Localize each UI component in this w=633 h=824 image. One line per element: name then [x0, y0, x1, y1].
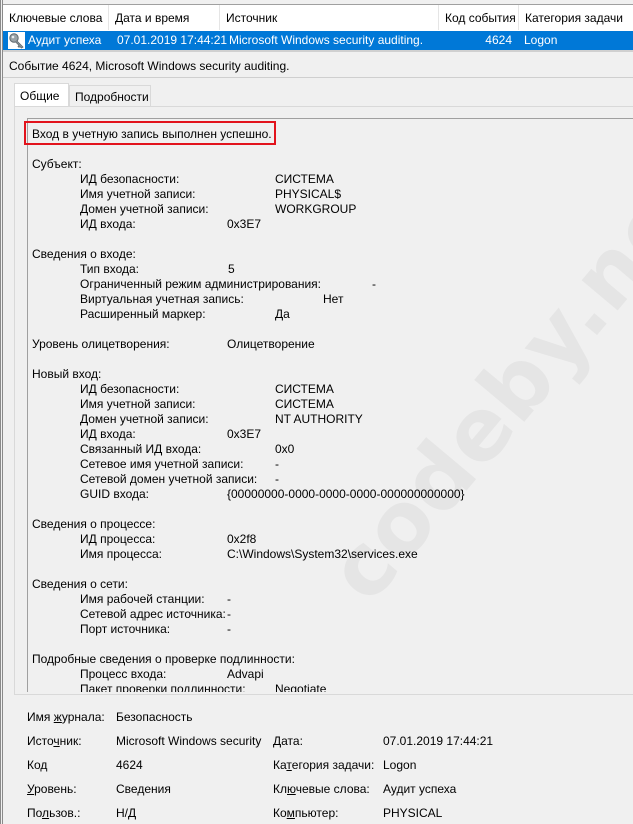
row-event-id: 4624 [439, 31, 512, 50]
section-title: Сведения о сети: [32, 577, 128, 592]
field-value: Advapi [227, 667, 264, 682]
keywords-value[interactable]: Аудит успеха [383, 781, 456, 797]
field-value: 0x3E7 [227, 217, 261, 232]
field-value: - [227, 607, 231, 622]
field-value: PHYSICAL$ [275, 187, 341, 202]
date-label: Дата: [273, 733, 303, 749]
field-row: Процесс входа:Advapi [32, 667, 592, 682]
section-title-text: Сведения о входе: [32, 247, 136, 261]
field-key: ИД входа: [80, 217, 136, 232]
field-value: 5 [228, 262, 235, 277]
field-key: ИД процесса: [80, 532, 155, 547]
table-row[interactable]: Аудит успеха 07.01.2019 17:44:21 Microso… [3, 31, 633, 50]
field-row: Сетевое имя учетной записи:- [32, 457, 592, 472]
log-name-value[interactable]: Безопасность [116, 709, 193, 725]
task-category-value[interactable]: Logon [383, 757, 416, 773]
field-value: WORKGROUP [275, 202, 356, 217]
tab-details[interactable]: Подробности [69, 85, 151, 107]
field-row: Имя учетной записи:PHYSICAL$ [32, 187, 592, 202]
field-row: Ограниченный режим администрирования:- [32, 277, 592, 292]
field-value: - [372, 277, 376, 292]
field-value: СИСТЕМА [275, 382, 334, 397]
field-value: - [275, 472, 279, 487]
field-value: 0x2f8 [227, 532, 256, 547]
field-key: Сетевой адрес источника: [80, 607, 226, 622]
field-key: GUID входа: [80, 487, 149, 502]
field-row: ИД входа:0x3E7 [32, 427, 592, 442]
field-row: GUID входа:{00000000-0000-0000-0000-0000… [32, 487, 592, 502]
field-key: Имя учетной записи: [80, 187, 195, 202]
field-key: ИД входа: [80, 427, 136, 442]
level-label: Уровень: [27, 781, 77, 797]
field-key: Пакет проверки подлинности: [80, 682, 246, 692]
field-row: Сетевой адрес источника:- [32, 607, 592, 622]
field-row: Домен учетной записи:NT AUTHORITY [32, 412, 592, 427]
field-row: Домен учетной записи:WORKGROUP [32, 202, 592, 217]
section-title-text: Сведения о сети: [32, 577, 128, 591]
field-value: 0x0 [275, 442, 294, 457]
field-value: СИСТЕМА [275, 172, 334, 187]
field-key: Виртуальная учетная запись: [80, 292, 244, 307]
field-key: ИД безопасности: [80, 382, 179, 397]
field-row: Порт источника:- [32, 622, 592, 637]
field-row: Связанный ИД входа:0x0 [32, 442, 592, 457]
section-title: Новый вход: [32, 367, 101, 382]
computer-value[interactable]: PHYSICAL [383, 805, 442, 821]
field-row: ИД безопасности:СИСТЕМА [32, 172, 592, 187]
row-keywords: Аудит успеха [25, 31, 109, 50]
field-key: Связанный ИД входа: [80, 442, 201, 457]
section-title-text: Сведения о процессе: [32, 517, 155, 531]
section-title: Субъект: [32, 157, 82, 172]
section-title: Сведения о входе: [32, 247, 136, 262]
field-key: Домен учетной записи: [80, 202, 209, 217]
list-header: Ключевые слова Дата и время Источник Код… [3, 5, 633, 30]
event-list: Ключевые слова Дата и время Источник Код… [3, 4, 633, 51]
event-id-value[interactable]: 4624 [116, 757, 143, 773]
section-title: Уровень олицетворения:Олицетворение [32, 337, 170, 352]
tab-general[interactable]: Общие [14, 83, 69, 106]
field-row: Виртуальная учетная запись:Нет [32, 292, 592, 307]
highlight-box [24, 121, 276, 145]
event-properties: Имя журнала: Безопасность Источник: Micr… [0, 700, 633, 824]
field-value: Да [275, 307, 290, 322]
field-value: NT AUTHORITY [275, 412, 363, 427]
field-key: Расширенный маркер: [80, 307, 206, 322]
column-header-datetime[interactable]: Дата и время [109, 5, 220, 30]
field-key: Сетевой домен учетной записи: [80, 472, 257, 487]
splitter[interactable] [3, 50, 633, 52]
event-id-label: Код [27, 757, 47, 773]
field-key: Имя учетной записи: [80, 397, 195, 412]
source-value[interactable]: Microsoft Windows security [116, 733, 261, 749]
field-row: Имя процесса:C:\Windows\System32\service… [32, 547, 592, 562]
section-inline-value: Олицетворение [227, 337, 315, 352]
row-source: Microsoft Windows security auditing. [229, 31, 423, 50]
key-icon [8, 32, 25, 49]
field-value: C:\Windows\System32\services.exe [227, 547, 418, 562]
computer-label: Компьютер: [273, 805, 338, 821]
row-datetime: 07.01.2019 17:44:21 [117, 31, 227, 50]
field-value: 0x3E7 [227, 427, 261, 442]
field-row: ИД процесса:0x2f8 [32, 532, 592, 547]
section-title-text: Субъект: [32, 157, 82, 171]
description-text: Вход в учетную запись выполнен успешно. … [28, 119, 633, 692]
field-value: СИСТЕМА [275, 397, 334, 412]
row-category: Logon [524, 31, 557, 50]
field-key: Ограниченный режим администрирования: [80, 277, 321, 292]
column-header-source[interactable]: Источник [220, 5, 439, 30]
field-row: Имя учетной записи:СИСТЕМА [32, 397, 592, 412]
field-row: ИД безопасности:СИСТЕМА [32, 382, 592, 397]
date-value[interactable]: 07.01.2019 17:44:21 [383, 733, 493, 749]
field-key: Порт источника: [80, 622, 170, 637]
event-title: Событие 4624, Microsoft Windows security… [3, 53, 633, 78]
field-value: Нет [323, 292, 343, 307]
section-title: Подробные сведения о проверке подлинност… [32, 652, 295, 667]
field-value: Negotiate [275, 682, 326, 692]
field-key: Имя рабочей станции: [80, 592, 205, 607]
section-title: Сведения о процессе: [32, 517, 155, 532]
field-row: ИД входа:0x3E7 [32, 217, 592, 232]
user-label: Пользов.: [27, 805, 80, 821]
event-description[interactable]: Вход в учетную запись выполнен успешно. … [27, 118, 633, 692]
field-row: Расширенный маркер:Да [32, 307, 592, 322]
field-key: ИД безопасности: [80, 172, 179, 187]
column-header-category[interactable]: Категория задачи [519, 5, 633, 30]
field-value: {00000000-0000-0000-0000-000000000000} [227, 487, 465, 502]
level-value[interactable]: Сведения [116, 781, 171, 797]
field-key: Процесс входа: [80, 667, 166, 682]
column-header-keywords[interactable]: Ключевые слова [3, 5, 109, 30]
log-name-label: Имя журнала: [27, 709, 105, 725]
column-header-event-id[interactable]: Код события [439, 5, 519, 30]
field-value: - [227, 622, 231, 637]
user-value[interactable]: Н/Д [116, 805, 136, 821]
field-key: Тип входа: [80, 262, 139, 277]
field-value: - [227, 592, 231, 607]
field-value: - [275, 457, 279, 472]
keywords-label: Ключевые слова: [273, 781, 370, 797]
field-key: Имя процесса: [80, 547, 162, 562]
source-label: Источник: [27, 733, 82, 749]
field-row: Пакет проверки подлинности:Negotiate [32, 682, 592, 692]
field-key: Домен учетной записи: [80, 412, 209, 427]
task-category-label: Категория задачи: [273, 757, 374, 773]
field-row: Имя рабочей станции:- [32, 592, 592, 607]
section-title-text: Уровень олицетворения: [32, 337, 170, 351]
section-title-text: Подробные сведения о проверке подлинност… [32, 652, 295, 666]
field-row: Тип входа:5 [32, 262, 592, 277]
field-row: Сетевой домен учетной записи:- [32, 472, 592, 487]
section-title-text: Новый вход: [32, 367, 101, 381]
field-key: Сетевое имя учетной записи: [80, 457, 243, 472]
